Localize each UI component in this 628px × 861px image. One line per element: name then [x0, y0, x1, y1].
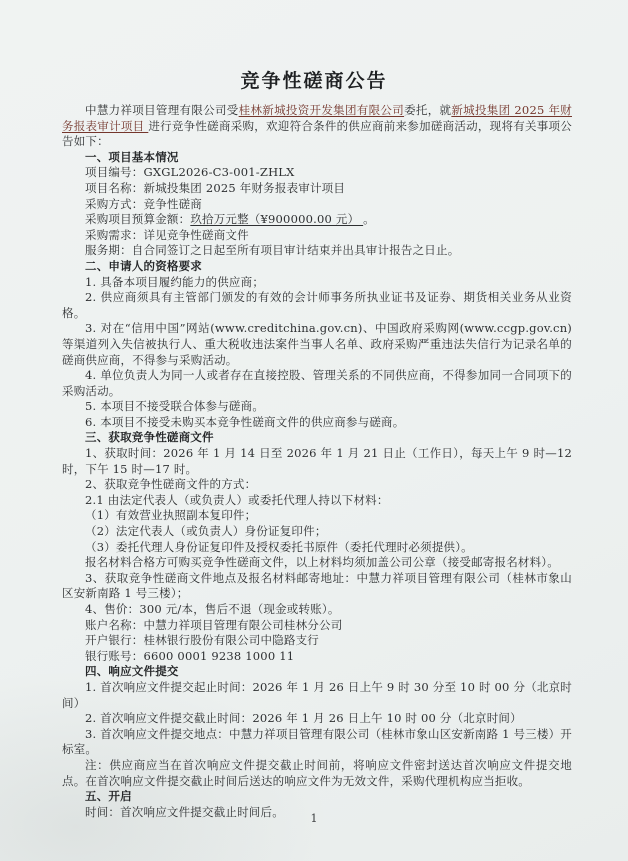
document-title: 竞争性磋商公告: [0, 0, 628, 99]
doc-paragraph: 2. 供应商须具有主管部门颁发的有效的会计师事务所执业证书及证券、期货相关业务从…: [62, 290, 572, 321]
document-body: 中慧力祥项目管理有限公司受桂林新城投资开发集团有限公司委托，就新城投集团 202…: [0, 99, 628, 820]
text-run: 采购方式：竞争性磋商: [85, 197, 202, 211]
doc-paragraph: 项目编号：GXGL2026-C3-001-ZHLX: [62, 165, 572, 181]
doc-paragraph: 采购需求：详见竞争性磋商文件: [62, 228, 572, 244]
underlined-text: 玖拾万元整（¥900000.00 元）: [190, 212, 363, 226]
text-run: 银行账号：6600 0001 9238 1000 11: [85, 649, 294, 663]
text-run: 5. 本项目不接受联合体参与磋商。: [85, 399, 264, 413]
doc-paragraph: 服务期：自合同签订之日起至所有项目审计结束并出具审计报告之日止。: [62, 243, 572, 259]
text-run: 委托，就: [404, 103, 451, 117]
scanned-page: 竞争性磋商公告 中慧力祥项目管理有限公司受桂林新城投资开发集团有限公司委托，就新…: [0, 0, 628, 861]
doc-paragraph: （3）委托代理人身份证复印件及授权委托书原件（委托代理时必须提供）。: [62, 540, 572, 556]
text-run: （2）法定代表人（或负责人）身份证复印件；: [85, 524, 327, 538]
doc-paragraph: 2、获取竞争性磋商文件的方式：: [62, 477, 572, 493]
doc-paragraph: 5. 本项目不接受联合体参与磋商。: [62, 399, 572, 415]
text-run: 中慧力祥项目管理有限公司受: [85, 103, 239, 117]
text-run: 4、售价：300 元/本，售后不退（现金或转账）。: [85, 602, 340, 616]
doc-paragraph: 3. 对在“信用中国”网站(www.creditchina.gov.cn)、中国…: [62, 321, 572, 368]
page-number: 1: [0, 812, 628, 825]
text-run: 1. 具备本项目履约能力的供应商；: [85, 275, 264, 289]
text-run: 采购需求：详见竞争性磋商文件: [85, 228, 249, 242]
doc-paragraph: 4. 单位负责人为同一人或者存在直接控股、管理关系的不同供应商，不得参加同一合同…: [62, 368, 572, 399]
text-run: 1、获取时间：2026 年 1 月 14 日至 2026 年 1 月 21 日止…: [62, 446, 572, 476]
doc-paragraph: 报名材料合格方可购买竞争性磋商文件，以上材料均须加盖公司公章（接受邮寄报名材料）…: [62, 555, 572, 571]
doc-paragraph: 账户名称：中慧力祥项目管理有限公司桂林分公司: [62, 618, 572, 634]
section-heading: 五、开启: [62, 789, 572, 805]
text-run: （1）有效营业执照副本复印件；: [85, 508, 256, 522]
doc-paragraph: 项目名称：新城投集团 2025 年财务报表审计项目: [62, 181, 572, 197]
section-heading: 二、申请人的资格要求: [62, 259, 572, 275]
text-run: 3. 首次响应文件提交地点：中慧力祥项目管理有限公司（桂林市象山区安新南路 1 …: [62, 727, 572, 757]
doc-paragraph: （2）法定代表人（或负责人）身份证复印件；: [62, 524, 572, 540]
text-run: 服务期：自合同签订之日起至所有项目审计结束并出具审计报告之日止。: [85, 243, 459, 257]
doc-paragraph: 开户银行：桂林银行股份有限公司中隐路支行: [62, 633, 572, 649]
doc-paragraph: （1）有效营业执照副本复印件；: [62, 508, 572, 524]
doc-paragraph: 3、获取竞争性磋商文件地点及报名材料邮寄地址：中慧力祥项目管理有限公司（桂林市象…: [62, 571, 572, 602]
doc-paragraph: 4、售价：300 元/本，售后不退（现金或转账）。: [62, 602, 572, 618]
text-run: 四、响应文件提交: [85, 664, 179, 678]
text-run: 1. 首次响应文件提交起止时间：2026 年 1 月 26 日上午 9 时 30…: [62, 680, 572, 710]
doc-paragraph: 1. 首次响应文件提交起止时间：2026 年 1 月 26 日上午 9 时 30…: [62, 680, 572, 711]
text-run: 五、开启: [85, 789, 132, 803]
section-heading: 一、项目基本情况: [62, 150, 572, 166]
doc-paragraph: 采购方式：竞争性磋商: [62, 197, 572, 213]
doc-paragraph: 中慧力祥项目管理有限公司受桂林新城投资开发集团有限公司委托，就新城投集团 202…: [62, 103, 572, 150]
text-run: 项目编号：GXGL2026-C3-001-ZHLX: [85, 165, 295, 179]
text-run: 3、获取竞争性磋商文件地点及报名材料邮寄地址：中慧力祥项目管理有限公司（桂林市象…: [62, 571, 572, 601]
text-run: 项目名称：新城投集团 2025 年财务报表审计项目: [85, 181, 345, 195]
text-run: 3. 对在“信用中国”网站(www.creditchina.gov.cn)、中国…: [62, 321, 572, 366]
text-run: 三、获取竞争性磋商文件: [85, 430, 214, 444]
text-run: （3）委托代理人身份证复印件及授权委托书原件（委托代理时必须提供）。: [85, 540, 473, 554]
section-heading: 三、获取竞争性磋商文件: [62, 430, 572, 446]
text-run: 。: [363, 212, 375, 226]
doc-paragraph: 1、获取时间：2026 年 1 月 14 日至 2026 年 1 月 21 日止…: [62, 446, 572, 477]
section-heading: 四、响应文件提交: [62, 664, 572, 680]
doc-paragraph: 银行账号：6600 0001 9238 1000 11: [62, 649, 572, 665]
text-run: 一、项目基本情况: [85, 150, 179, 164]
doc-paragraph: 1. 具备本项目履约能力的供应商；: [62, 275, 572, 291]
doc-paragraph: 2.1 由法定代表人（或负责人）或委托代理人持以下材料：: [62, 493, 572, 509]
underlined-text: 桂林新城投资开发集团有限公司: [239, 103, 404, 117]
doc-paragraph: 2. 首次响应文件提交截止时间：2026 年 1 月 26 日上午 10 时 0…: [62, 711, 572, 727]
text-run: 6. 本项目不接受未购买本竞争性磋商文件的供应商参与磋商。: [85, 415, 404, 429]
doc-paragraph: 注：供应商应当在首次响应文件提交截止时间前，将响应文件密封送达首次响应文件提交地…: [62, 758, 572, 789]
text-run: 二、申请人的资格要求: [85, 259, 202, 273]
text-run: 2. 供应商须具有主管部门颁发的有效的会计师事务所执业证书及证券、期货相关业务从…: [62, 290, 572, 320]
text-run: 注：供应商应当在首次响应文件提交截止时间前，将响应文件密封送达首次响应文件提交地…: [62, 758, 572, 788]
text-run: 2、获取竞争性磋商文件的方式：: [85, 477, 256, 491]
text-run: 采购项目预算金额：: [85, 212, 190, 226]
text-run: 报名材料合格方可购买竞争性磋商文件，以上材料均须加盖公司公章（接受邮寄报名材料）…: [85, 555, 559, 569]
doc-paragraph: 3. 首次响应文件提交地点：中慧力祥项目管理有限公司（桂林市象山区安新南路 1 …: [62, 727, 572, 758]
doc-paragraph: 6. 本项目不接受未购买本竞争性磋商文件的供应商参与磋商。: [62, 415, 572, 431]
text-run: 账户名称：中慧力祥项目管理有限公司桂林分公司: [85, 618, 342, 632]
text-run: 4. 单位负责人为同一人或者存在直接控股、管理关系的不同供应商，不得参加同一合同…: [62, 368, 572, 398]
doc-paragraph: 采购项目预算金额：玖拾万元整（¥900000.00 元） 。: [62, 212, 572, 228]
text-run: 开户银行：桂林银行股份有限公司中隐路支行: [85, 633, 319, 647]
text-run: 2. 首次响应文件提交截止时间：2026 年 1 月 26 日上午 10 时 0…: [85, 711, 522, 725]
text-run: 2.1 由法定代表人（或负责人）或委托代理人持以下材料：: [85, 493, 389, 507]
